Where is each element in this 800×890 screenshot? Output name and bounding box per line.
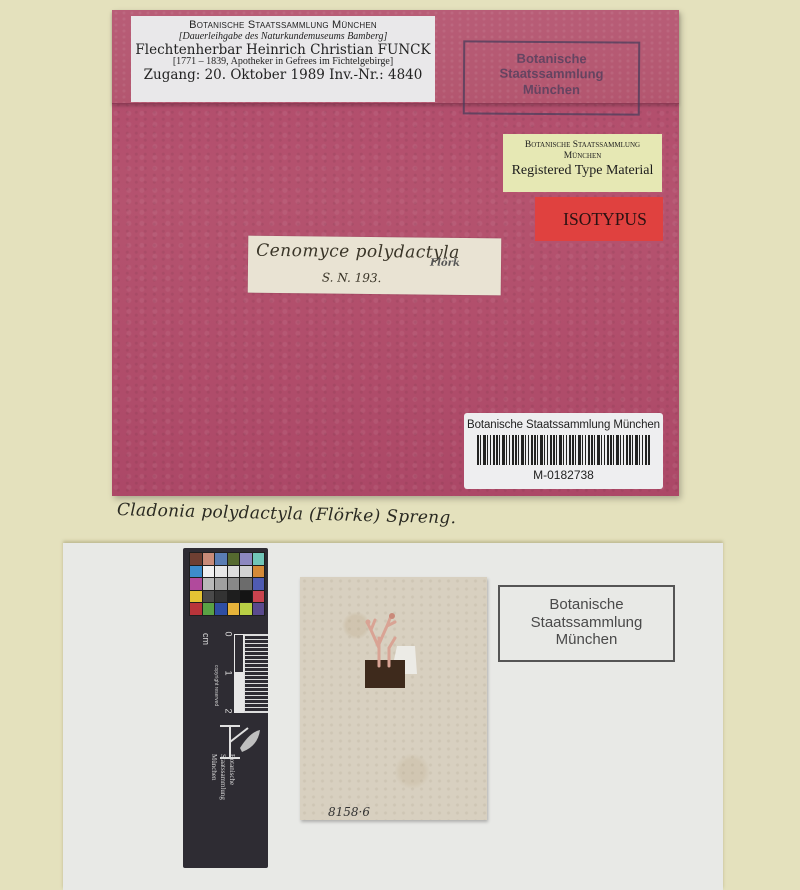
ruler-ticks bbox=[244, 634, 268, 713]
type-label-title: Registered Type Material bbox=[503, 163, 662, 179]
color-swatch bbox=[190, 553, 202, 565]
color-swatch bbox=[203, 578, 215, 590]
stamp-line: München bbox=[465, 81, 638, 98]
stamp-line: Staatssammlung bbox=[500, 614, 673, 632]
color-swatch bbox=[240, 553, 252, 565]
color-swatch bbox=[253, 578, 265, 590]
color-swatch bbox=[228, 578, 240, 590]
color-swatch bbox=[190, 566, 202, 578]
handwritten-author: Flörk bbox=[430, 258, 460, 269]
barcode-institution: Botanische Staatssammlung München bbox=[464, 419, 663, 431]
color-swatch bbox=[228, 553, 240, 565]
color-swatch bbox=[203, 553, 215, 565]
card-stamp: Botanische Staatssammlung München bbox=[498, 585, 675, 662]
color-swatch bbox=[215, 578, 227, 590]
barcode-icon bbox=[477, 435, 651, 465]
ruler-segment-light bbox=[234, 673, 244, 713]
accession-info: Zugang: 20. Oktober 1989 Inv.-Nr.: 4840 bbox=[131, 68, 435, 83]
color-swatch bbox=[203, 566, 215, 578]
stamp-line: Staatssammlung bbox=[465, 66, 638, 83]
stamp-line: Botanische bbox=[465, 50, 638, 67]
ruler-tick-label: 1 bbox=[224, 670, 234, 675]
barcode-id: M-0182738 bbox=[464, 468, 663, 482]
color-swatch bbox=[228, 591, 240, 603]
logo-text: Botanische Staatssammlung München bbox=[210, 754, 236, 800]
color-swatch bbox=[190, 578, 202, 590]
color-swatch bbox=[253, 603, 265, 615]
taxon-annotation: Cladonia polydactyla (Flörke) Spreng. bbox=[117, 500, 457, 528]
color-swatch bbox=[215, 591, 227, 603]
color-swatch bbox=[228, 566, 240, 578]
ruler-segment-dark bbox=[234, 634, 244, 673]
color-swatch bbox=[240, 603, 252, 615]
color-swatch bbox=[253, 566, 265, 578]
ruler-tick-label: 0 bbox=[224, 631, 234, 636]
stamp-line: Botanische bbox=[500, 596, 673, 614]
type-label-institution: Botanische Staatssammlung bbox=[503, 140, 662, 151]
color-swatch bbox=[215, 553, 227, 565]
logo-line: München bbox=[210, 754, 219, 800]
isotypus-label: ISOTYPUS bbox=[535, 197, 663, 241]
type-label-city: München bbox=[503, 151, 662, 162]
handwritten-label: Cenomyce polydactyla Flörk S. N. 193. bbox=[248, 236, 502, 296]
packet-number: 8158·6 bbox=[328, 805, 370, 819]
color-swatch bbox=[253, 591, 265, 603]
barcode-label: Botanische Staatssammlung München M-0182… bbox=[464, 413, 663, 489]
collection-label: Botanische Staatssammlung München [Dauer… bbox=[131, 16, 435, 102]
color-swatch bbox=[240, 591, 252, 603]
logo-line: Staatssammlung bbox=[219, 754, 228, 800]
handwritten-reference: S. N. 193. bbox=[322, 270, 382, 285]
ruler-tick-label: 2 bbox=[224, 708, 234, 713]
stamp-line: München bbox=[500, 631, 673, 649]
color-swatch bbox=[215, 603, 227, 615]
type-material-label: Botanische Staatssammlung München Regist… bbox=[503, 134, 662, 192]
color-swatch bbox=[240, 578, 252, 590]
color-swatch bbox=[190, 591, 202, 603]
envelope-stamp: Botanische Staatssammlung München bbox=[463, 40, 641, 115]
ruler-unit: cm bbox=[201, 633, 211, 645]
color-swatch bbox=[240, 566, 252, 578]
color-swatch bbox=[228, 603, 240, 615]
color-checker bbox=[189, 552, 265, 616]
color-swatch bbox=[203, 591, 215, 603]
color-swatch bbox=[203, 603, 215, 615]
lichen-specimen-icon bbox=[361, 608, 417, 692]
color-swatch bbox=[215, 566, 227, 578]
color-swatch bbox=[253, 553, 265, 565]
color-swatch bbox=[190, 603, 202, 615]
herbarium-name: Flechtenherbar Heinrich Christian FUNCK bbox=[131, 43, 435, 58]
ruler bbox=[228, 634, 268, 717]
logo-line: Botanische bbox=[227, 754, 236, 800]
copyright-text: copyright reserved bbox=[213, 665, 219, 706]
